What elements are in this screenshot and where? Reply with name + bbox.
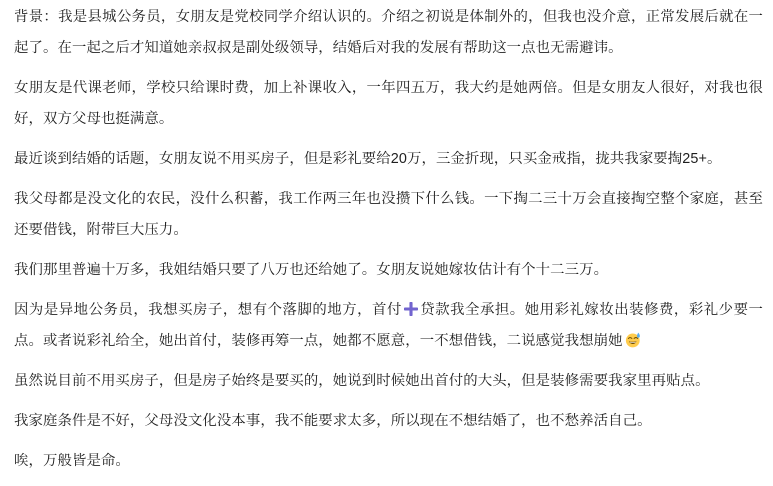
- paragraph-background: 背景：我是县城公务员，女朋友是党校同学介绍认识的。介绍之初说是体制外的，但我也没…: [14, 2, 763, 64]
- paragraph-text: 我家庭条件是不好，父母没文化没本事，我不能要求太多，所以现在不想结婚了，也不愁养…: [14, 413, 652, 429]
- paragraph-text: 因为是异地公务员，我想买房子，想有个落脚的地方，首付: [14, 302, 402, 318]
- paragraph-text: 女朋友是代课老师，学校只给课时费，加上补课收入，一年四五万，我大约是她两倍。但是…: [14, 80, 763, 127]
- paragraph-future-house: 虽然说目前不用买房子，但是房子始终是要买的，她说到时候她出首付的大头，但是装修需…: [14, 366, 763, 397]
- paragraph-text: 虽然说目前不用买房子，但是房子始终是要买的，她说到时候她出首付的大头，但是装修需…: [14, 373, 710, 389]
- paragraph-marriage-topic: 最近谈到结婚的话题，女朋友说不用买房子，但是彩礼要给20万，三金折现，只买金戒指…: [14, 144, 763, 175]
- paragraph-text: 最近谈到结婚的话题，女朋友说不用买房子，但是彩礼要给20万，三金折现，只买金戒指…: [14, 151, 722, 167]
- paragraph-text: 我父母都是没文化的农民，没什么积蓄，我工作两三年也没攒下什么钱。一下掏二三十万会…: [14, 191, 763, 238]
- paragraph-conclusion: 我家庭条件是不好，父母没文化没本事，我不能要求太多，所以现在不想结婚了，也不愁养…: [14, 406, 763, 437]
- paragraph-text: 唉，万般皆是命。: [14, 453, 130, 469]
- paragraph-house-plan: 因为是异地公务员，我想买房子，想有个落脚的地方，首付贷款我全承担。她用彩礼嫁妆出…: [14, 295, 763, 357]
- paragraph-sigh: 唉，万般皆是命。: [14, 446, 763, 477]
- paragraph-text: 背景：我是县城公务员，女朋友是党校同学介绍认识的。介绍之初说是体制外的，但我也没…: [14, 9, 763, 56]
- paragraph-family-situation: 我父母都是没文化的农民，没什么积蓄，我工作两三年也没攒下什么钱。一下掏二三十万会…: [14, 184, 763, 246]
- paragraph-girlfriend-income: 女朋友是代课老师，学校只给课时费，加上补课收入，一年四五万，我大约是她两倍。但是…: [14, 73, 763, 135]
- paragraph-text: 我们那里普遍十万多，我姐结婚只要了八万也还给她了。女朋友说她嫁妆估计有个十二三万…: [14, 262, 608, 278]
- post-body: 背景：我是县城公务员，女朋友是党校同学介绍认识的。介绍之初说是体制外的，但我也没…: [0, 0, 773, 477]
- heavy-plus-icon: [404, 302, 418, 316]
- paragraph-local-bride-price: 我们那里普遍十万多，我姐结婚只要了八万也还给她了。女朋友说她嫁妆估计有个十二三万…: [14, 255, 763, 286]
- sweat-smile-emoji: [625, 332, 641, 348]
